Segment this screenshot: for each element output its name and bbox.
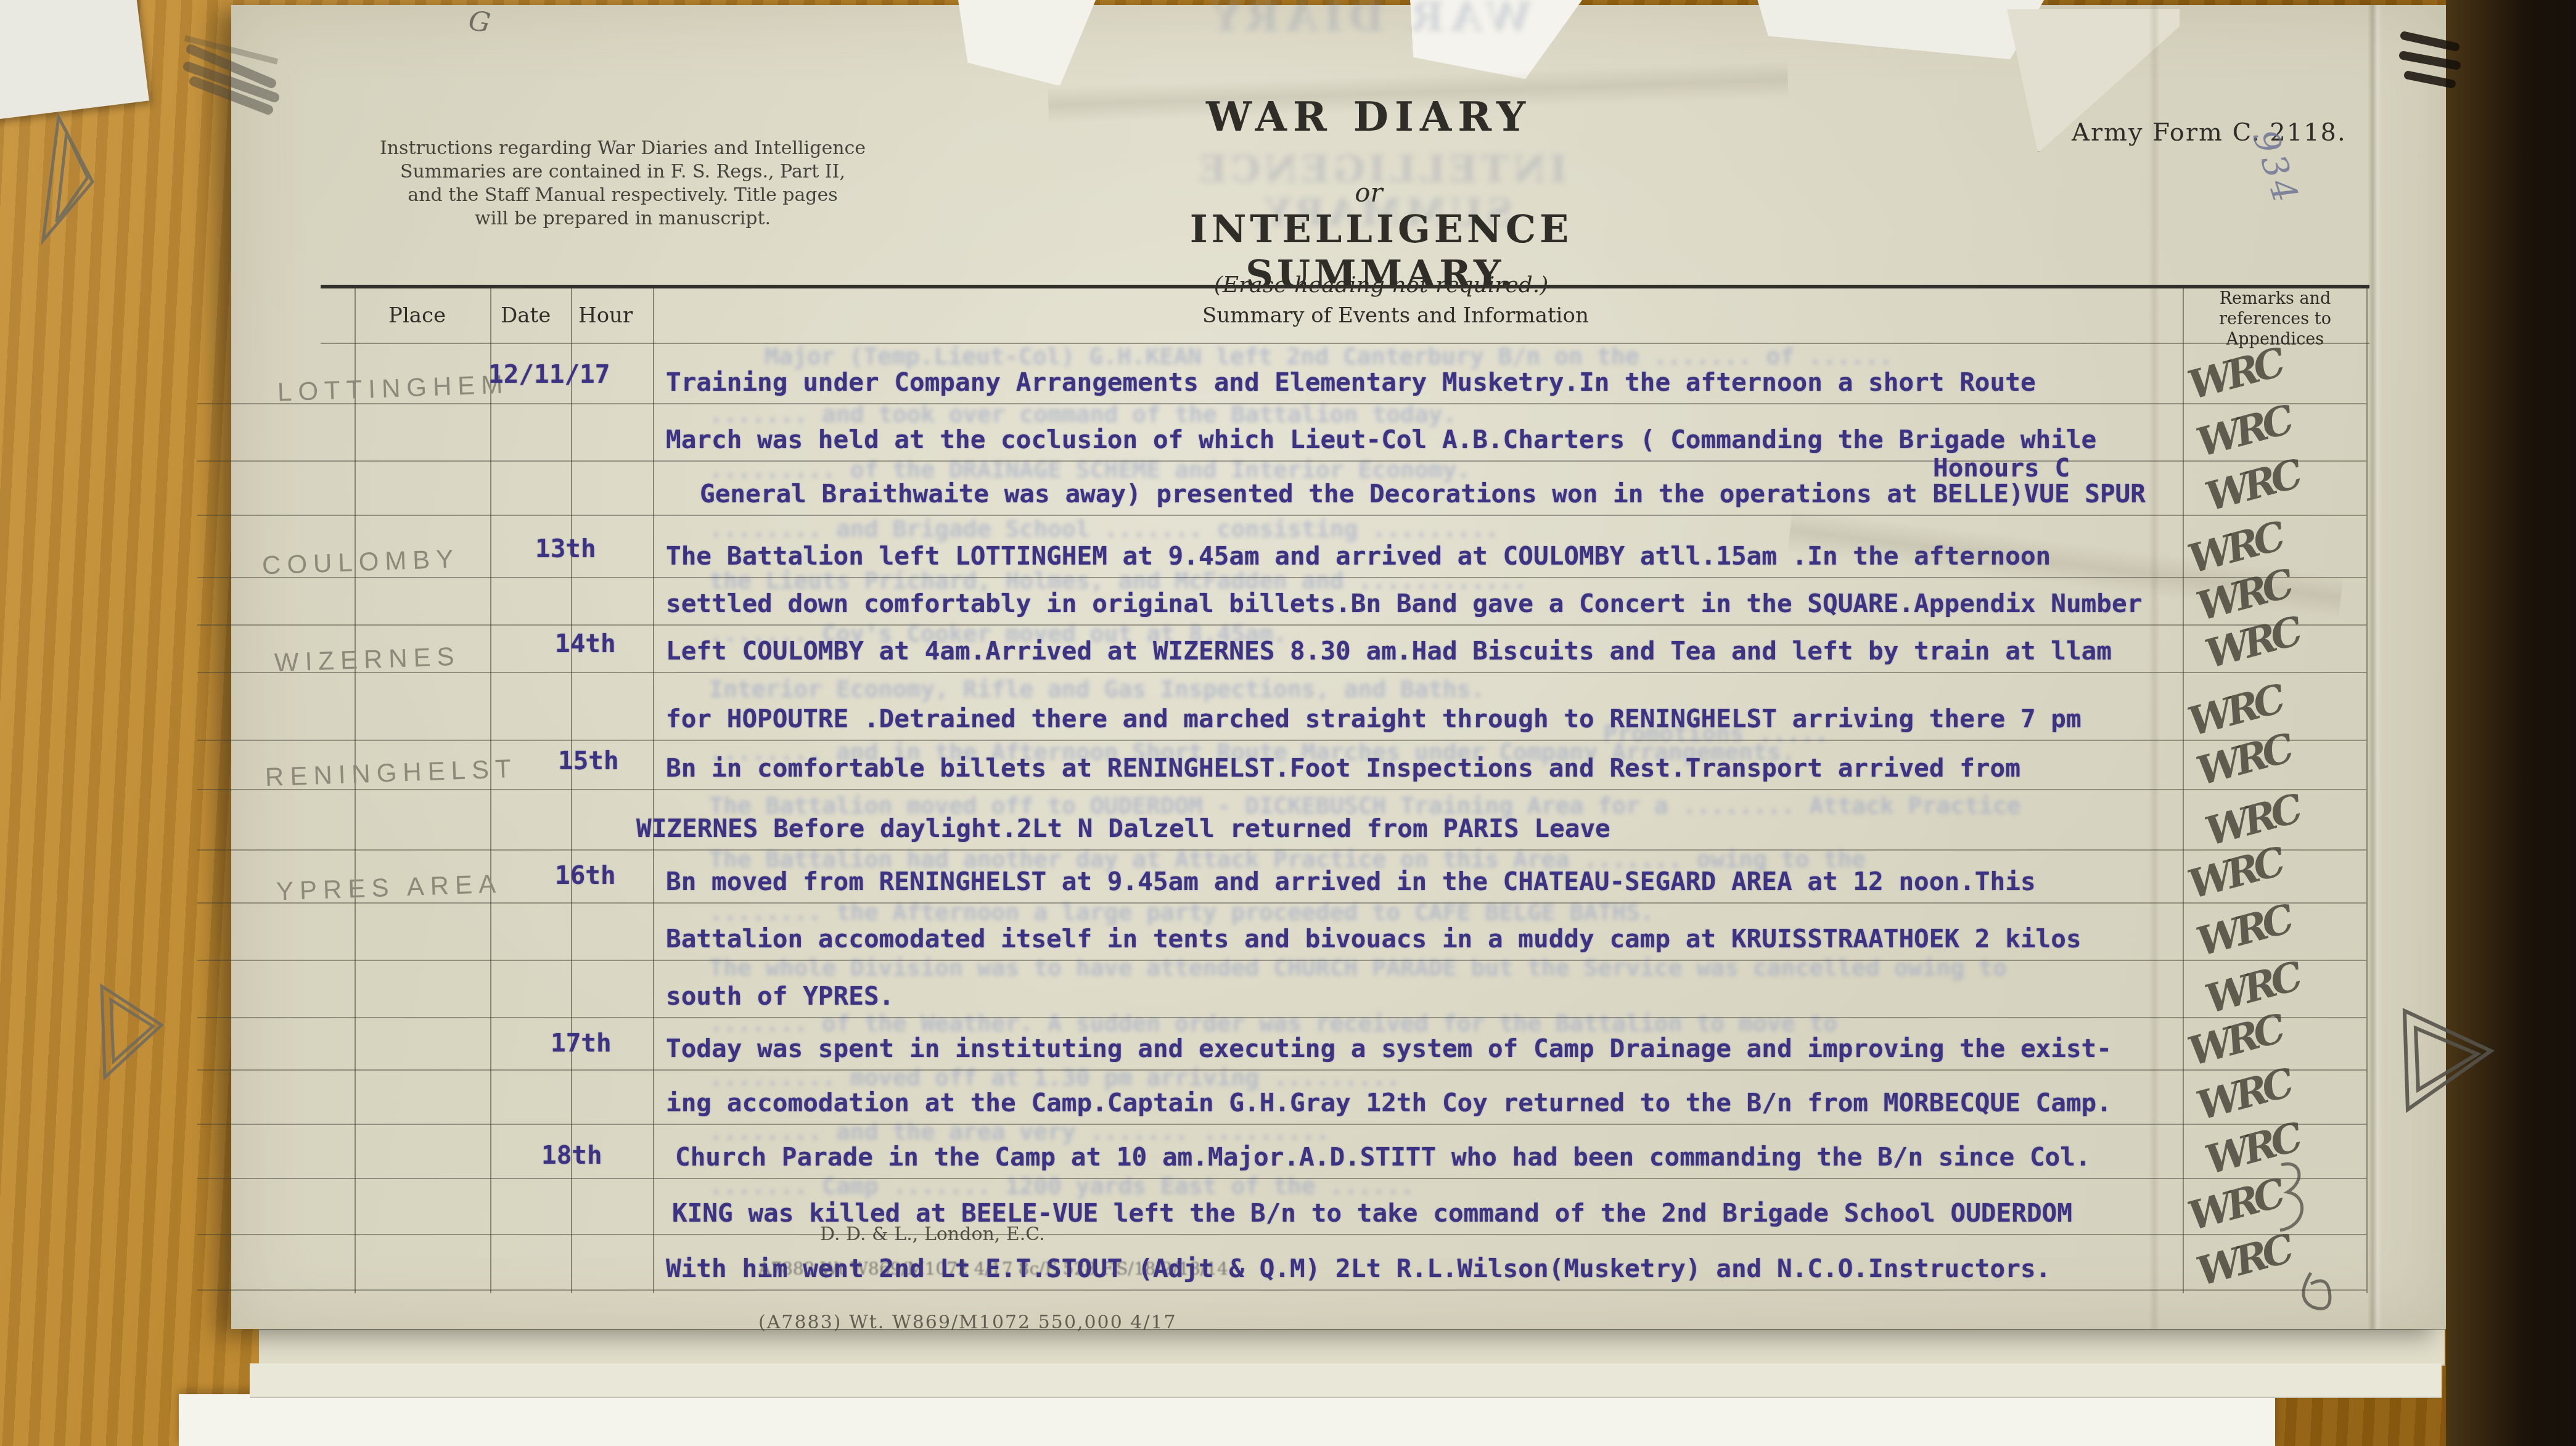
bleedthrough-line: ....... of the Weather. A sudden order w… <box>709 1010 1837 1037</box>
date-entry: 13th <box>535 534 596 563</box>
bleedthrough-line: ........ and the area very ....... .....… <box>709 1118 1330 1145</box>
diary-line: Training under Company Arrangements and … <box>666 367 2036 397</box>
bleedthrough-line: ....... and took over command of the Bat… <box>709 401 1457 428</box>
diary-line: The Battalion left LOTTINGHEM at 9.45am … <box>666 541 2051 571</box>
pencil-squiggle <box>2303 1273 2330 1309</box>
row-rule <box>197 789 2366 790</box>
scanned-war-diary-page: WAR DIARY INTELLIGENCE SUMMARY. Instruct… <box>0 0 2576 1446</box>
row-rule <box>197 1234 2366 1235</box>
row-rule <box>197 624 2366 626</box>
bleedthrough-line: ........ and Brigade School ....... cons… <box>709 515 1499 542</box>
diary-line: Bn moved from RENINGHELST at 9.45am and … <box>666 867 2036 896</box>
row-rule <box>197 1017 2366 1018</box>
diary-line: With him went 2nd Lt E.T.STOUT (Adjt & Q… <box>666 1254 2051 1283</box>
row-rule <box>197 902 2366 904</box>
diary-line: General Braithwaite was away) presented … <box>700 479 2146 509</box>
pencil-squiggle <box>2280 1164 2302 1230</box>
date-entry: 17th <box>551 1028 612 1058</box>
date-entry: 12/11/17 <box>488 359 610 389</box>
date-entry: 18th <box>541 1140 602 1170</box>
row-rule <box>197 1289 2366 1291</box>
diary-line: Church Parade in the Camp at 10 am.Major… <box>675 1142 2091 1172</box>
row-rule <box>197 1124 2366 1125</box>
bleedthrough-line: ......... moved off at 1.30 pm arriving … <box>709 1064 1400 1091</box>
diary-line: Today was spent in instituting and execu… <box>666 1034 2112 1063</box>
diary-line: WIZERNES Before daylight.2Lt N Dalzell r… <box>636 814 1610 843</box>
row-rule <box>197 672 2366 673</box>
honours-note: Honours C <box>1933 453 2070 483</box>
row-rule <box>197 577 2366 578</box>
diary-line: for HOPOUTRE .Detrained there and marche… <box>666 704 2082 733</box>
diary-line: March was held at the coclusion of which… <box>666 425 2096 454</box>
row-rule <box>197 1069 2366 1071</box>
diary-line: KING was killed at BEELE-VUE left the B/… <box>672 1198 2072 1228</box>
row-rule <box>197 403 2366 404</box>
diary-line: Battalion accomodated itself in tents an… <box>666 924 2082 954</box>
row-rule <box>197 849 2366 851</box>
date-entry: 14th <box>555 629 616 658</box>
row-rule <box>197 515 2366 516</box>
row-rule <box>197 1178 2366 1179</box>
diary-line: Left COULOMBY at 4am.Arrived at WIZERNES… <box>666 636 2112 666</box>
bleedthrough-line: ....... Camp ....... 1200 yards East of … <box>709 1172 1414 1199</box>
row-rule <box>197 740 2366 741</box>
diary-line: settled down comfortably in original bil… <box>666 589 2142 618</box>
row-rule <box>197 960 2366 961</box>
diary-line: ing accomodation at the Camp.Captain G.H… <box>666 1088 2112 1117</box>
date-entry: 15th <box>558 746 619 775</box>
bleedthrough-line: Interior Economy, Rifle and Gas Inspecti… <box>709 676 1485 703</box>
bleedthrough-line: The whole Division was to have attended … <box>709 954 2007 981</box>
diary-line: Bn in comfortable billets at RENINGHELST… <box>666 753 2020 783</box>
date-entry: 16th <box>555 860 616 890</box>
bleedthrough-line: Major (Temp.Lieut-Col) G.H.KEAN left 2nd… <box>765 343 1893 370</box>
diary-line: south of YPRES. <box>666 981 894 1011</box>
